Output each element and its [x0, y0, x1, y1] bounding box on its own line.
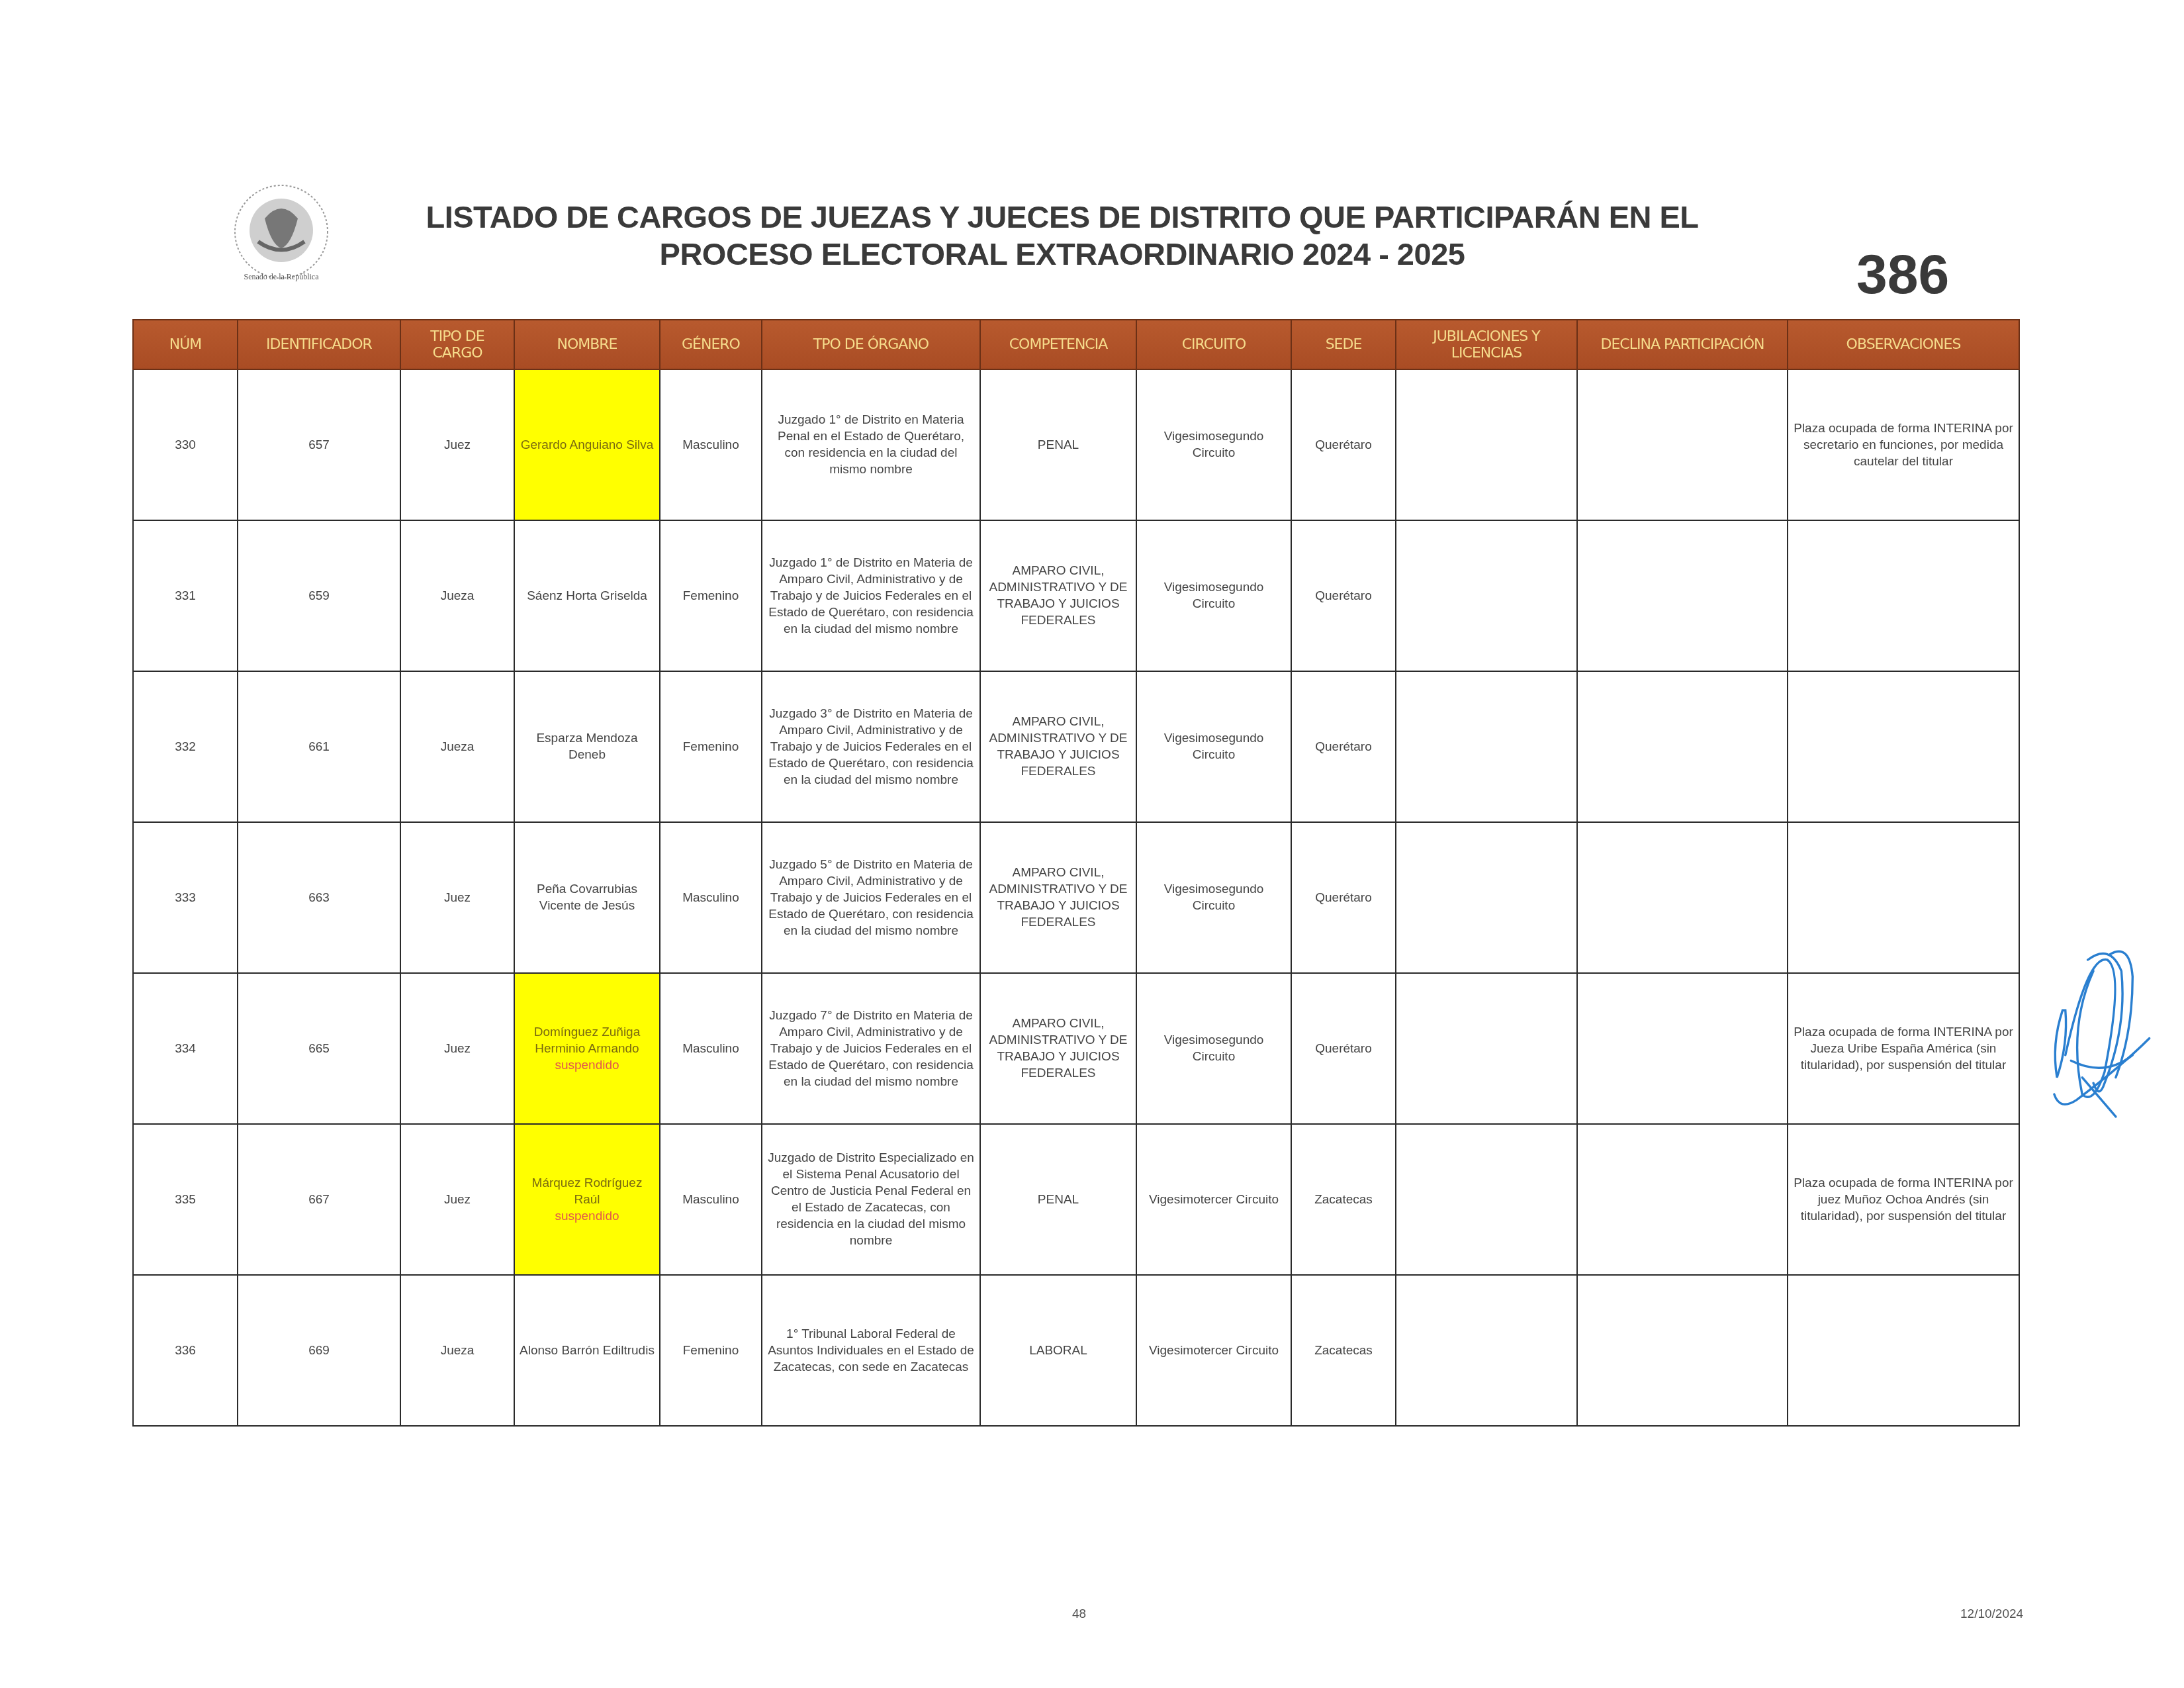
- judge-name: Esparza Mendoza Deneb: [536, 731, 637, 762]
- column-header: SEDE: [1291, 320, 1396, 369]
- column-header: NOMBRE: [514, 320, 660, 369]
- column-header: GÉNERO: [660, 320, 762, 369]
- column-header: JUBILACIONES Y LICENCIAS: [1396, 320, 1577, 369]
- cell-identificador: 665: [238, 973, 400, 1124]
- cell-sede: Querétaro: [1291, 369, 1396, 520]
- table-row: 330657JuezGerardo Anguiano SilvaMasculin…: [133, 369, 2019, 520]
- cell-identificador: 659: [238, 520, 400, 671]
- cell-num: 334: [133, 973, 238, 1124]
- svg-text:Senado de la República: Senado de la República: [244, 272, 320, 281]
- cell-jubilaciones: [1396, 369, 1577, 520]
- cell-declina: [1577, 520, 1788, 671]
- judge-name: Peña Covarrubias Vicente de Jesús: [537, 882, 637, 913]
- cell-observaciones: [1788, 520, 2019, 671]
- cell-genero: Masculino: [660, 369, 762, 520]
- cell-nombre: Peña Covarrubias Vicente de Jesús: [514, 822, 660, 973]
- cell-genero: Masculino: [660, 1124, 762, 1275]
- cell-nombre: Sáenz Horta Griselda: [514, 520, 660, 671]
- cell-circuito: Vigesimosegundo Circuito: [1136, 369, 1291, 520]
- status-badge: suspendido: [519, 1208, 655, 1225]
- cell-observaciones: [1788, 671, 2019, 822]
- cell-jubilaciones: [1396, 822, 1577, 973]
- cell-tipo-organo: 1° Tribunal Laboral Federal de Asuntos I…: [762, 1275, 980, 1426]
- cell-sede: Zacatecas: [1291, 1275, 1396, 1426]
- table-row: 335667JuezMárquez Rodríguez Raúlsuspendi…: [133, 1124, 2019, 1275]
- status-badge: suspendido: [519, 1057, 655, 1074]
- table-row: 333663JuezPeña Covarrubias Vicente de Je…: [133, 822, 2019, 973]
- document-date: 12/10/2024: [1960, 1607, 2023, 1622]
- cell-circuito: Vigesimosegundo Circuito: [1136, 671, 1291, 822]
- cell-nombre: Márquez Rodríguez Raúlsuspendido: [514, 1124, 660, 1275]
- cell-declina: [1577, 369, 1788, 520]
- cell-tipo-cargo: Juez: [400, 973, 514, 1124]
- column-header: NÚM: [133, 320, 238, 369]
- cell-competencia: LABORAL: [980, 1275, 1136, 1426]
- cell-circuito: Vigesimotercer Circuito: [1136, 1124, 1291, 1275]
- cell-num: 336: [133, 1275, 238, 1426]
- cell-sede: Querétaro: [1291, 671, 1396, 822]
- cell-competencia: PENAL: [980, 1124, 1136, 1275]
- cell-declina: [1577, 1275, 1788, 1426]
- cell-jubilaciones: [1396, 1275, 1577, 1426]
- cell-tipo-organo: Juzgado 1° de Distrito en Materia Penal …: [762, 369, 980, 520]
- cell-tipo-organo: Juzgado 3° de Distrito en Materia de Amp…: [762, 671, 980, 822]
- title-line-2: PROCESO ELECTORAL EXTRAORDINARIO 2024 - …: [371, 236, 1754, 273]
- cell-declina: [1577, 822, 1788, 973]
- judges-table: NÚMIDENTIFICADORTIPO DE CARGONOMBREGÉNER…: [132, 319, 2020, 1427]
- cell-observaciones: Plaza ocupada de forma INTERINA por Juez…: [1788, 973, 2019, 1124]
- cell-tipo-cargo: Juez: [400, 369, 514, 520]
- cell-competencia: AMPARO CIVIL, ADMINISTRATIVO Y DE TRABAJ…: [980, 822, 1136, 973]
- cell-tipo-cargo: Jueza: [400, 671, 514, 822]
- cell-circuito: Vigesimosegundo Circuito: [1136, 973, 1291, 1124]
- cell-declina: [1577, 1124, 1788, 1275]
- judge-name: Sáenz Horta Griselda: [527, 589, 647, 603]
- page-title: LISTADO DE CARGOS DE JUEZAS Y JUECES DE …: [371, 199, 1754, 273]
- cell-identificador: 657: [238, 369, 400, 520]
- cell-competencia: AMPARO CIVIL, ADMINISTRATIVO Y DE TRABAJ…: [980, 973, 1136, 1124]
- cell-observaciones: Plaza ocupada de forma INTERINA por juez…: [1788, 1124, 2019, 1275]
- cell-competencia: PENAL: [980, 369, 1136, 520]
- cell-identificador: 669: [238, 1275, 400, 1426]
- judge-name: Gerardo Anguiano Silva: [521, 438, 654, 452]
- cell-tipo-cargo: Jueza: [400, 520, 514, 671]
- cell-tipo-cargo: Juez: [400, 822, 514, 973]
- title-line-1: LISTADO DE CARGOS DE JUEZAS Y JUECES DE …: [371, 199, 1754, 236]
- cell-genero: Femenino: [660, 520, 762, 671]
- page-number: 48: [1072, 1607, 1086, 1622]
- column-header: TIPO DE CARGO: [400, 320, 514, 369]
- table-row: 331659JuezaSáenz Horta GriseldaFemeninoJ…: [133, 520, 2019, 671]
- cell-circuito: Vigesimotercer Circuito: [1136, 1275, 1291, 1426]
- cell-tipo-cargo: Jueza: [400, 1275, 514, 1426]
- cell-num: 335: [133, 1124, 238, 1275]
- cell-num: 333: [133, 822, 238, 973]
- cell-tipo-organo: Juzgado de Distrito Especializado en el …: [762, 1124, 980, 1275]
- cell-genero: Femenino: [660, 671, 762, 822]
- judge-name: Domínguez Zuñiga Herminio Armando: [534, 1025, 641, 1056]
- cell-identificador: 667: [238, 1124, 400, 1275]
- cell-sede: Querétaro: [1291, 973, 1396, 1124]
- column-header: TPO DE ÓRGANO: [762, 320, 980, 369]
- cell-circuito: Vigesimosegundo Circuito: [1136, 822, 1291, 973]
- cell-genero: Masculino: [660, 973, 762, 1124]
- cell-nombre: Domínguez Zuñiga Herminio Armandosuspend…: [514, 973, 660, 1124]
- column-header: OBSERVACIONES: [1788, 320, 2019, 369]
- cell-tipo-cargo: Juez: [400, 1124, 514, 1275]
- cell-observaciones: [1788, 1275, 2019, 1426]
- cell-sede: Querétaro: [1291, 520, 1396, 671]
- cell-genero: Masculino: [660, 822, 762, 973]
- cell-num: 331: [133, 520, 238, 671]
- cell-jubilaciones: [1396, 671, 1577, 822]
- table-row: 336669JuezaAlonso Barrón EdiltrudisFemen…: [133, 1275, 2019, 1426]
- column-header: CIRCUITO: [1136, 320, 1291, 369]
- cell-declina: [1577, 671, 1788, 822]
- cell-nombre: Gerardo Anguiano Silva: [514, 369, 660, 520]
- cell-observaciones: Plaza ocupada de forma INTERINA por secr…: [1788, 369, 2019, 520]
- cell-jubilaciones: [1396, 1124, 1577, 1275]
- signature-mark: [2032, 927, 2177, 1139]
- cell-sede: Zacatecas: [1291, 1124, 1396, 1275]
- judge-name: Márquez Rodríguez Raúl: [532, 1176, 643, 1207]
- cell-jubilaciones: [1396, 973, 1577, 1124]
- judge-name: Alonso Barrón Ediltrudis: [520, 1344, 655, 1358]
- cell-genero: Femenino: [660, 1275, 762, 1426]
- stamp-number: 386: [1856, 242, 1949, 306]
- cell-identificador: 661: [238, 671, 400, 822]
- cell-tipo-organo: Juzgado 5° de Distrito en Materia de Amp…: [762, 822, 980, 973]
- cell-jubilaciones: [1396, 520, 1577, 671]
- cell-tipo-organo: Juzgado 1° de Distrito en Materia de Amp…: [762, 520, 980, 671]
- table-row: 332661JuezaEsparza Mendoza DenebFemenino…: [133, 671, 2019, 822]
- cell-competencia: AMPARO CIVIL, ADMINISTRATIVO Y DE TRABAJ…: [980, 671, 1136, 822]
- column-header: DECLINA PARTICIPACIÓN: [1577, 320, 1788, 369]
- cell-observaciones: [1788, 822, 2019, 973]
- cell-nombre: Esparza Mendoza Deneb: [514, 671, 660, 822]
- cell-nombre: Alonso Barrón Ediltrudis: [514, 1275, 660, 1426]
- column-header: IDENTIFICADOR: [238, 320, 400, 369]
- cell-identificador: 663: [238, 822, 400, 973]
- cell-num: 332: [133, 671, 238, 822]
- cell-declina: [1577, 973, 1788, 1124]
- cell-circuito: Vigesimosegundo Circuito: [1136, 520, 1291, 671]
- table-row: 334665JuezDomínguez Zuñiga Herminio Arma…: [133, 973, 2019, 1124]
- table-header-row: NÚMIDENTIFICADORTIPO DE CARGONOMBREGÉNER…: [133, 320, 2019, 369]
- senate-seal-logo: Senado de la República: [212, 179, 351, 285]
- cell-competencia: AMPARO CIVIL, ADMINISTRATIVO Y DE TRABAJ…: [980, 520, 1136, 671]
- column-header: COMPETENCIA: [980, 320, 1136, 369]
- cell-sede: Querétaro: [1291, 822, 1396, 973]
- cell-tipo-organo: Juzgado 7° de Distrito en Materia de Amp…: [762, 973, 980, 1124]
- cell-num: 330: [133, 369, 238, 520]
